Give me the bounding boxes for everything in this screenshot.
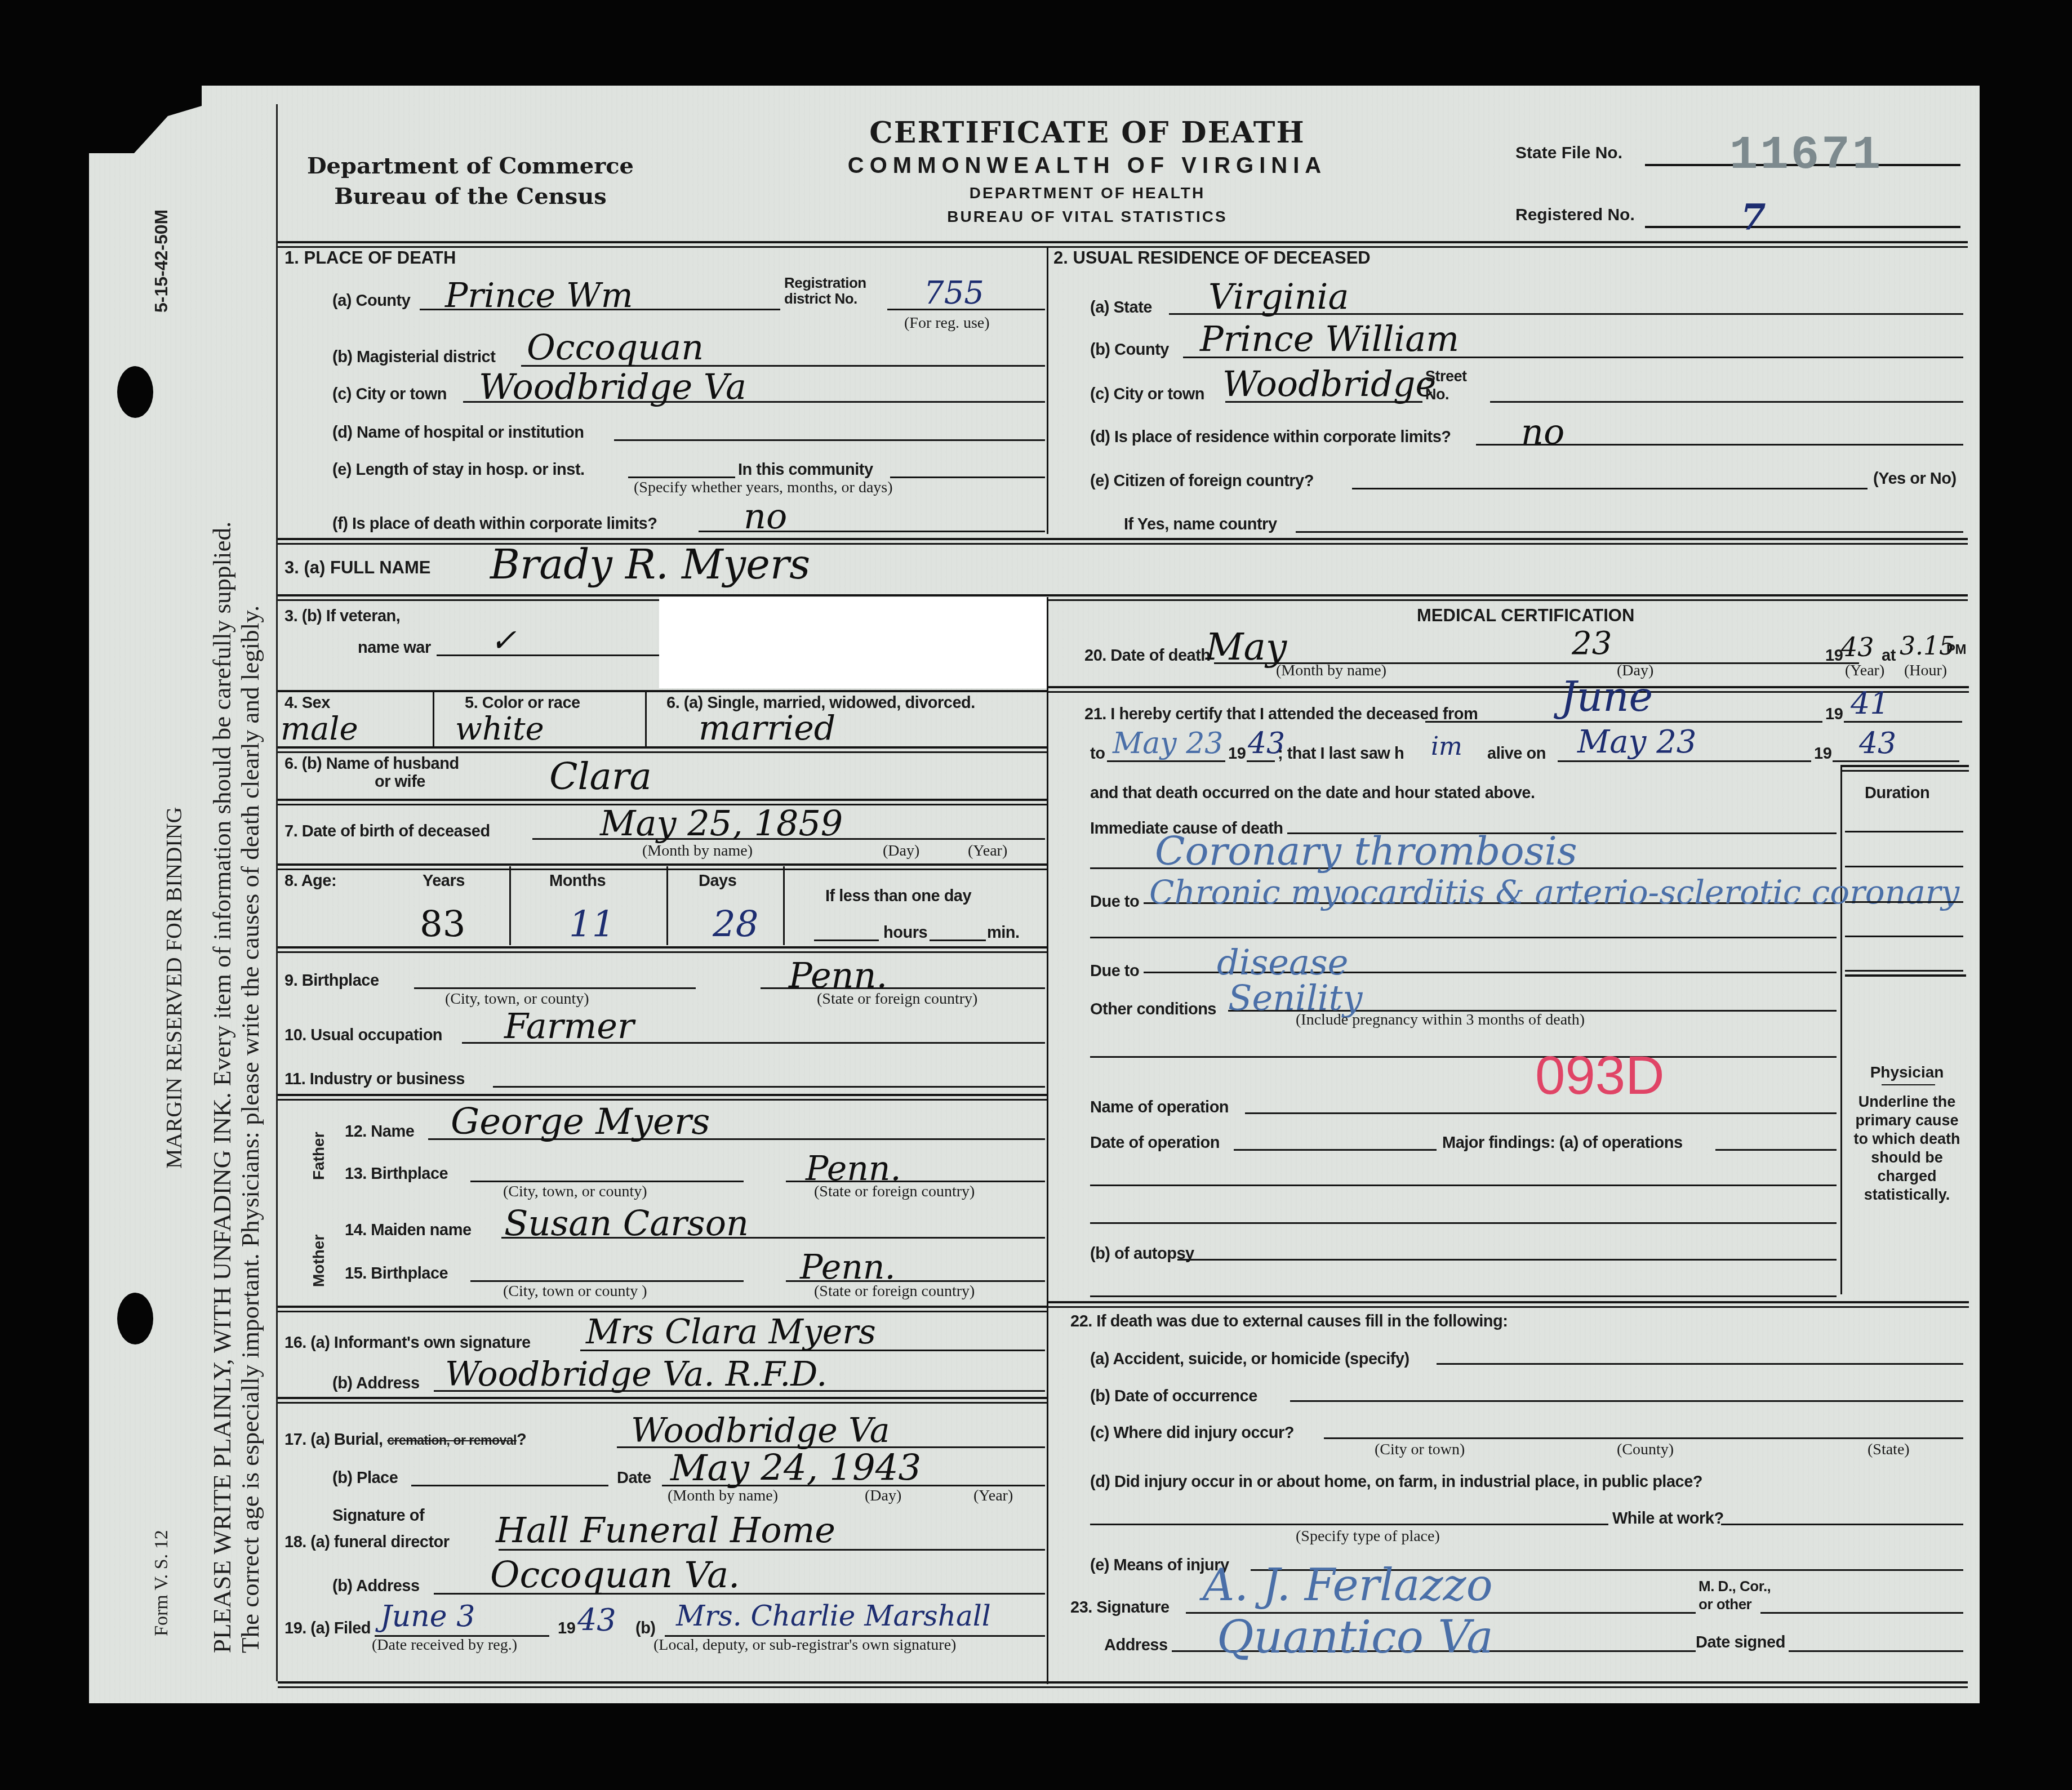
dob-value: May 25, 1859 [600,803,843,844]
min-line [930,939,986,941]
divider [1048,1301,1969,1308]
attend-label: 21. I hereby certify that I attended the… [1084,705,1478,724]
physician-note: Underline the primary cause to which dea… [1853,1093,1960,1204]
external-c-line [1324,1437,1963,1439]
place-type-note: (Specify type of place) [1296,1528,1440,1546]
county-label: (a) County [332,292,410,310]
full-name-value: Brady R. Myers [490,541,810,588]
other-conditions-label: Other conditions [1090,1000,1216,1019]
operation-line [1245,1112,1837,1114]
bureau-census: Bureau of the Census [301,181,639,212]
informant-label: 16. (a) Informant's own signature [284,1334,531,1352]
registered-number: 7 [1741,197,1766,239]
hospital-label: (d) Name of hospital or institution [332,424,584,442]
while-at-work-label: While at work? [1612,1510,1724,1528]
death-day: 23 [1572,625,1612,662]
burial-date-value: May 24, 1943 [670,1448,921,1489]
age-days: 28 [713,904,758,946]
res-corporate-value: no [1521,411,1564,452]
duration-line [1845,936,1963,937]
reg-district-label: Registration district No. [784,275,886,306]
due-to-line-1b [1090,937,1837,938]
veteran-check: ✓ [490,622,517,659]
attend-to-19: 19 [1228,745,1246,763]
pregnancy-note: (Include pregnancy within 3 months of de… [1296,1011,1585,1029]
res-corporate-label: (d) Is place of residence within corpora… [1090,428,1451,447]
header-left: Department of Commerce Bureau of the Cen… [301,151,639,212]
redacted-block [659,597,1048,688]
magisterial-label: (b) Magisterial district [332,348,495,367]
community-line [890,477,1045,478]
magisterial-value: Occoquan [527,327,704,368]
funeral-address-label: (b) Address [332,1577,420,1596]
registrar-signature: Mrs. Charlie Marshall [676,1600,991,1632]
external-b-label: (b) Date of occurrence [1090,1387,1257,1406]
filed-year-prefix: 19 [558,1619,575,1638]
stay-label: (e) Length of stay in hosp. or inst. [332,461,585,479]
father-state-note: (State or foreign country) [814,1183,975,1201]
divider [1048,686,1969,693]
last-saw-date: May 23 [1577,724,1696,760]
place-of-death-heading: 1. PLACE OF DEATH [284,248,456,268]
burial-place-line [411,1485,608,1486]
mother-tag: Mother [310,1235,328,1287]
binding-hole [117,366,153,418]
occurred-label: and that death occurred on the date and … [1090,784,1535,803]
burial-year-note: (Year) [973,1487,1013,1505]
death-month: May [1206,625,1287,669]
country-label: If Yes, name country [1124,515,1277,534]
street-no-line [1490,401,1963,403]
burial-month-note: (Month by name) [668,1487,778,1505]
cell-divider [509,866,511,945]
date-signed-label: Date signed [1696,1633,1785,1652]
header-right: State File No. 11671 Registered No. 7 [1515,144,1635,268]
father-birth-label: 13. Birthplace [345,1165,448,1183]
city-label: (c) City or town [332,385,447,404]
stay-line [628,477,735,478]
attend-from-19: 19 [1825,705,1843,724]
usual-residence-heading: 2. USUAL RESIDENCE OF DECEASED [1053,248,1371,268]
spouse-label: 6. (b) Name of husband [284,755,459,773]
occupation-value: Farmer [504,1005,634,1047]
divider [1842,765,1969,772]
filed-date: June 3 [380,1600,475,1633]
funeral-director-label-2: 18. (a) funeral director [284,1533,450,1552]
birthplace-label: 9. Birthplace [284,972,379,990]
divider [278,863,1048,870]
cell-divider [645,692,647,747]
findings-line [1715,1149,1837,1151]
birth-city-line [414,987,696,989]
physician-label: Physician [1859,1063,1955,1081]
duration-line [1845,866,1963,867]
registrar-label: (b) [635,1619,656,1638]
age-months: 11 [569,904,615,946]
ampm: PM [1946,642,1966,658]
divider [278,946,1048,953]
last-saw-year: 43 [1859,727,1896,760]
hours-label: hours [883,924,927,942]
external-d-line [1090,1524,1608,1525]
hours-line [814,939,879,941]
res-state-label: (a) State [1090,299,1152,317]
autopsy-line-2 [1090,1295,1837,1297]
operation-date-label: Date of operation [1090,1134,1220,1152]
while-at-work-line [1721,1524,1963,1525]
attend-from: June [1560,673,1653,720]
days-label: Days [699,872,736,890]
filed-label: 19. (a) Filed [284,1619,371,1638]
findings-label: Major findings: (a) of operations [1442,1134,1683,1152]
father-name-value: George Myers [451,1101,710,1143]
attend-to: May 23 [1113,727,1223,760]
divider [278,1681,1968,1688]
header-center: CERTIFICATE OF DEATH COMMONWEALTH OF VIR… [777,115,1397,226]
duration-line [1845,901,1963,903]
mother-state-note: (State or foreign country) [814,1283,975,1301]
race-value: white [455,711,544,747]
due-to-label-1: Due to [1090,893,1139,911]
reg-district-value: 755 [924,275,984,311]
attend-to-label: to [1090,745,1105,763]
burial-place-label: (b) Place [332,1469,398,1488]
burial-suffix: ? [517,1431,526,1449]
commonwealth: COMMONWEALTH OF VIRGINIA [777,153,1397,179]
year-note: (Year) [1845,662,1884,680]
dob-label: 7. Date of birth of deceased [284,822,490,841]
last-saw-year-line [1833,760,1959,762]
instruction-line-1: PLEASE WRITE PLAINLY, WITH UNFADING INK.… [207,522,237,1653]
death-year-prefix: 19 [1825,647,1843,665]
injury-state-note: (State) [1868,1441,1910,1459]
hour-note: (Hour) [1904,662,1947,680]
medical-heading: MEDICAL CERTIFICATION [1417,605,1634,626]
res-county-value: Prince William [1200,318,1459,359]
injury-city-note: (City or town) [1375,1441,1465,1459]
street-no-label: Street No. [1425,367,1476,403]
father-name-label: 12. Name [345,1123,414,1141]
industry-line [493,1086,1045,1088]
city-value: Woodbridge Va [479,366,746,407]
res-city-label: (c) City or town [1090,385,1204,404]
age-label: 8. Age: [284,872,336,890]
mother-birth-value: Penn. [800,1248,896,1287]
community-label: In this community [738,461,873,479]
registrar-note: (Local, deputy, or sub-registrar's own s… [653,1636,956,1654]
burial-day-note: (Day) [865,1487,901,1505]
father-city-note: (City, town, or county) [503,1183,647,1201]
years-label: Years [423,872,465,890]
informant-signature: Mrs Clara Myers [586,1312,876,1352]
divider [278,746,1048,753]
months-label: Months [549,872,606,890]
dept-commerce: Department of Commerce [301,151,639,181]
cell-divider [433,692,434,747]
specify-note: (Specify whether years, months, or days) [634,479,893,497]
due-to-value-1: Chronic myocarditis & arterio-sclerotic … [1149,873,1959,911]
full-name-label: 3. (a) FULL NAME [284,558,431,578]
alive-on-label: alive on [1487,745,1546,763]
burial-date-label: Date [617,1469,651,1488]
dob-month-note: (Month by name) [642,842,753,860]
physician-address-label: Address [1104,1636,1168,1655]
attend-to-year-line [1247,760,1275,762]
burial-value: Woodbridge Va [631,1411,890,1450]
margin-reserved-note: MARGIN RESERVED FOR BINDING [161,807,187,1169]
mother-name-label: 14. Maiden name [345,1221,472,1240]
last-saw-pronoun: im [1431,732,1462,761]
divider [278,241,1968,248]
birth-state-note: (State or foreign country) [817,990,977,1008]
divider [278,1094,1048,1101]
age-years: 83 [420,904,465,946]
duration-label: Duration [1865,784,1929,803]
corporate-limits-value: no [744,496,787,537]
month-note: (Month by name) [1276,662,1386,680]
funeral-address-value: Occoquan Va. [490,1555,740,1596]
attend-from-line [1425,721,1822,723]
last-saw-line [1558,760,1811,762]
death-date-label: 20. Date of death [1084,647,1211,665]
citizen-line [1352,488,1868,489]
hospital-line [614,439,1045,441]
last-saw-19: 19 [1814,745,1831,763]
external-a-label: (a) Accident, suicide, or homicide (spec… [1090,1350,1410,1369]
page-title: CERTIFICATE OF DEATH [777,115,1397,150]
bureau-vital-statistics: BUREAU OF VITAL STATISTICS [777,208,1397,226]
registered-label: Registered No. [1515,206,1635,224]
filed-year: 43 [577,1602,616,1638]
yes-no-note: (Yes or No) [1873,470,1957,488]
corporate-limits-label: (f) Is place of death within corporate l… [332,515,657,533]
mother-birth-city-line [470,1280,744,1282]
race-label: 5. Color or race [465,694,580,713]
findings-line-2 [1090,1185,1837,1186]
column-divider [1047,597,1048,1684]
state-file-number: 11671 [1729,129,1883,182]
attend-from-year: 41 [1851,686,1889,722]
sex-label: 4. Sex [284,694,330,713]
operation-label: Name of operation [1090,1098,1229,1117]
physician-title-label: M. D., Cor., or other [1698,1577,1777,1613]
dob-year-note: (Year) [968,842,1007,860]
res-state-value: Virginia [1208,276,1349,317]
duration-divider [1840,765,1842,1294]
country-line [1296,531,1963,533]
marital-value: married [699,709,835,748]
min-label: min. [987,924,1020,942]
external-c-label: (c) Where did injury occur? [1090,1424,1294,1442]
less-than-day-label: If less than one day [825,887,971,906]
external-d-label: (d) Did injury occur in or about home, o… [1090,1473,1702,1491]
industry-label: 11. Industry or business [284,1070,465,1089]
war-line [437,654,659,656]
external-heading: 22. If death was due to external causes … [1070,1312,1508,1331]
last-saw-label: ; that I last saw h [1278,745,1404,763]
divider [1845,974,1966,977]
autopsy-label: (b) of autopsy [1090,1245,1194,1263]
mother-name-value: Susan Carson [504,1203,749,1244]
form-code: 5-15-42-50M [151,210,172,313]
column-divider [1047,247,1048,534]
physician-signature: A. J. Ferlazzo [1203,1560,1493,1611]
received-note: (Date received by reg.) [372,1636,517,1654]
divider [1882,1084,1935,1085]
sex-value: male [281,711,358,747]
informant-address: Woodbridge Va. R.F.D. [445,1355,827,1394]
burial-struck: cremation, or removal [387,1433,517,1448]
operation-date-line [1234,1149,1437,1151]
physician-address: Quantico Va [1217,1611,1493,1663]
binding-hole [117,1293,153,1344]
father-tag: Father [310,1132,328,1180]
department-health: DEPARTMENT OF HEALTH [777,184,1397,202]
war-label: name war [358,639,431,657]
veteran-label: 3. (b) If veteran, [284,607,400,626]
cell-divider [666,866,668,945]
citizen-label: (e) Citizen of foreign country? [1090,472,1314,491]
cell-divider [783,866,785,945]
occupation-label: 10. Usual occupation [284,1026,442,1045]
date-signed-line [1789,1650,1963,1652]
mother-birth-label: 15. Birthplace [345,1264,448,1283]
signature-label: 23. Signature [1070,1598,1170,1617]
funeral-director-value: Hall Funeral Home [496,1510,835,1551]
dob-day-note: (Day) [883,842,919,860]
father-birth-city-line [470,1181,744,1182]
instruction-line-2: The correct age is especially important.… [235,605,265,1653]
divider [278,1397,1048,1404]
funeral-director-label-1: Signature of [332,1507,424,1525]
external-a-line [1437,1363,1963,1365]
cause-extra-line [1090,1056,1837,1058]
title-line [1760,1612,1963,1614]
external-b-line [1290,1400,1963,1402]
state-file-label: State File No. [1515,144,1622,162]
informant-address-label: (b) Address [332,1374,420,1393]
immediate-cause-value: Coronary thrombosis [1155,828,1577,874]
injury-county-note: (County) [1617,1441,1674,1459]
mother-city-note: (City, town or county ) [503,1283,647,1301]
burial-prefix: 17. (a) Burial, [284,1431,383,1449]
findings-line-3 [1090,1222,1837,1224]
burial-label: 17. (a) Burial, cremation, or removal? [284,1431,526,1449]
death-year: 43 [1841,632,1874,662]
reg-use-note: (For reg. use) [904,314,990,332]
autopsy-line [1177,1259,1837,1261]
cause-code-stamp: 093D [1535,1045,1665,1107]
divider [278,690,1048,692]
spouse-value: Clara [549,755,652,798]
divider [278,1306,1048,1312]
attend-to-line [1107,760,1225,762]
spouse-label-2: or wife [375,773,425,791]
duration-line [1845,970,1963,972]
form-number: Form V. S. 12 [151,1530,172,1636]
res-city-value: Woodbridge [1222,363,1436,404]
due-to-label-2: Due to [1090,962,1139,981]
duration-line [1845,831,1963,832]
res-county-label: (b) County [1090,341,1169,359]
county-value: Prince Wm [445,276,633,315]
divider [278,594,1968,601]
